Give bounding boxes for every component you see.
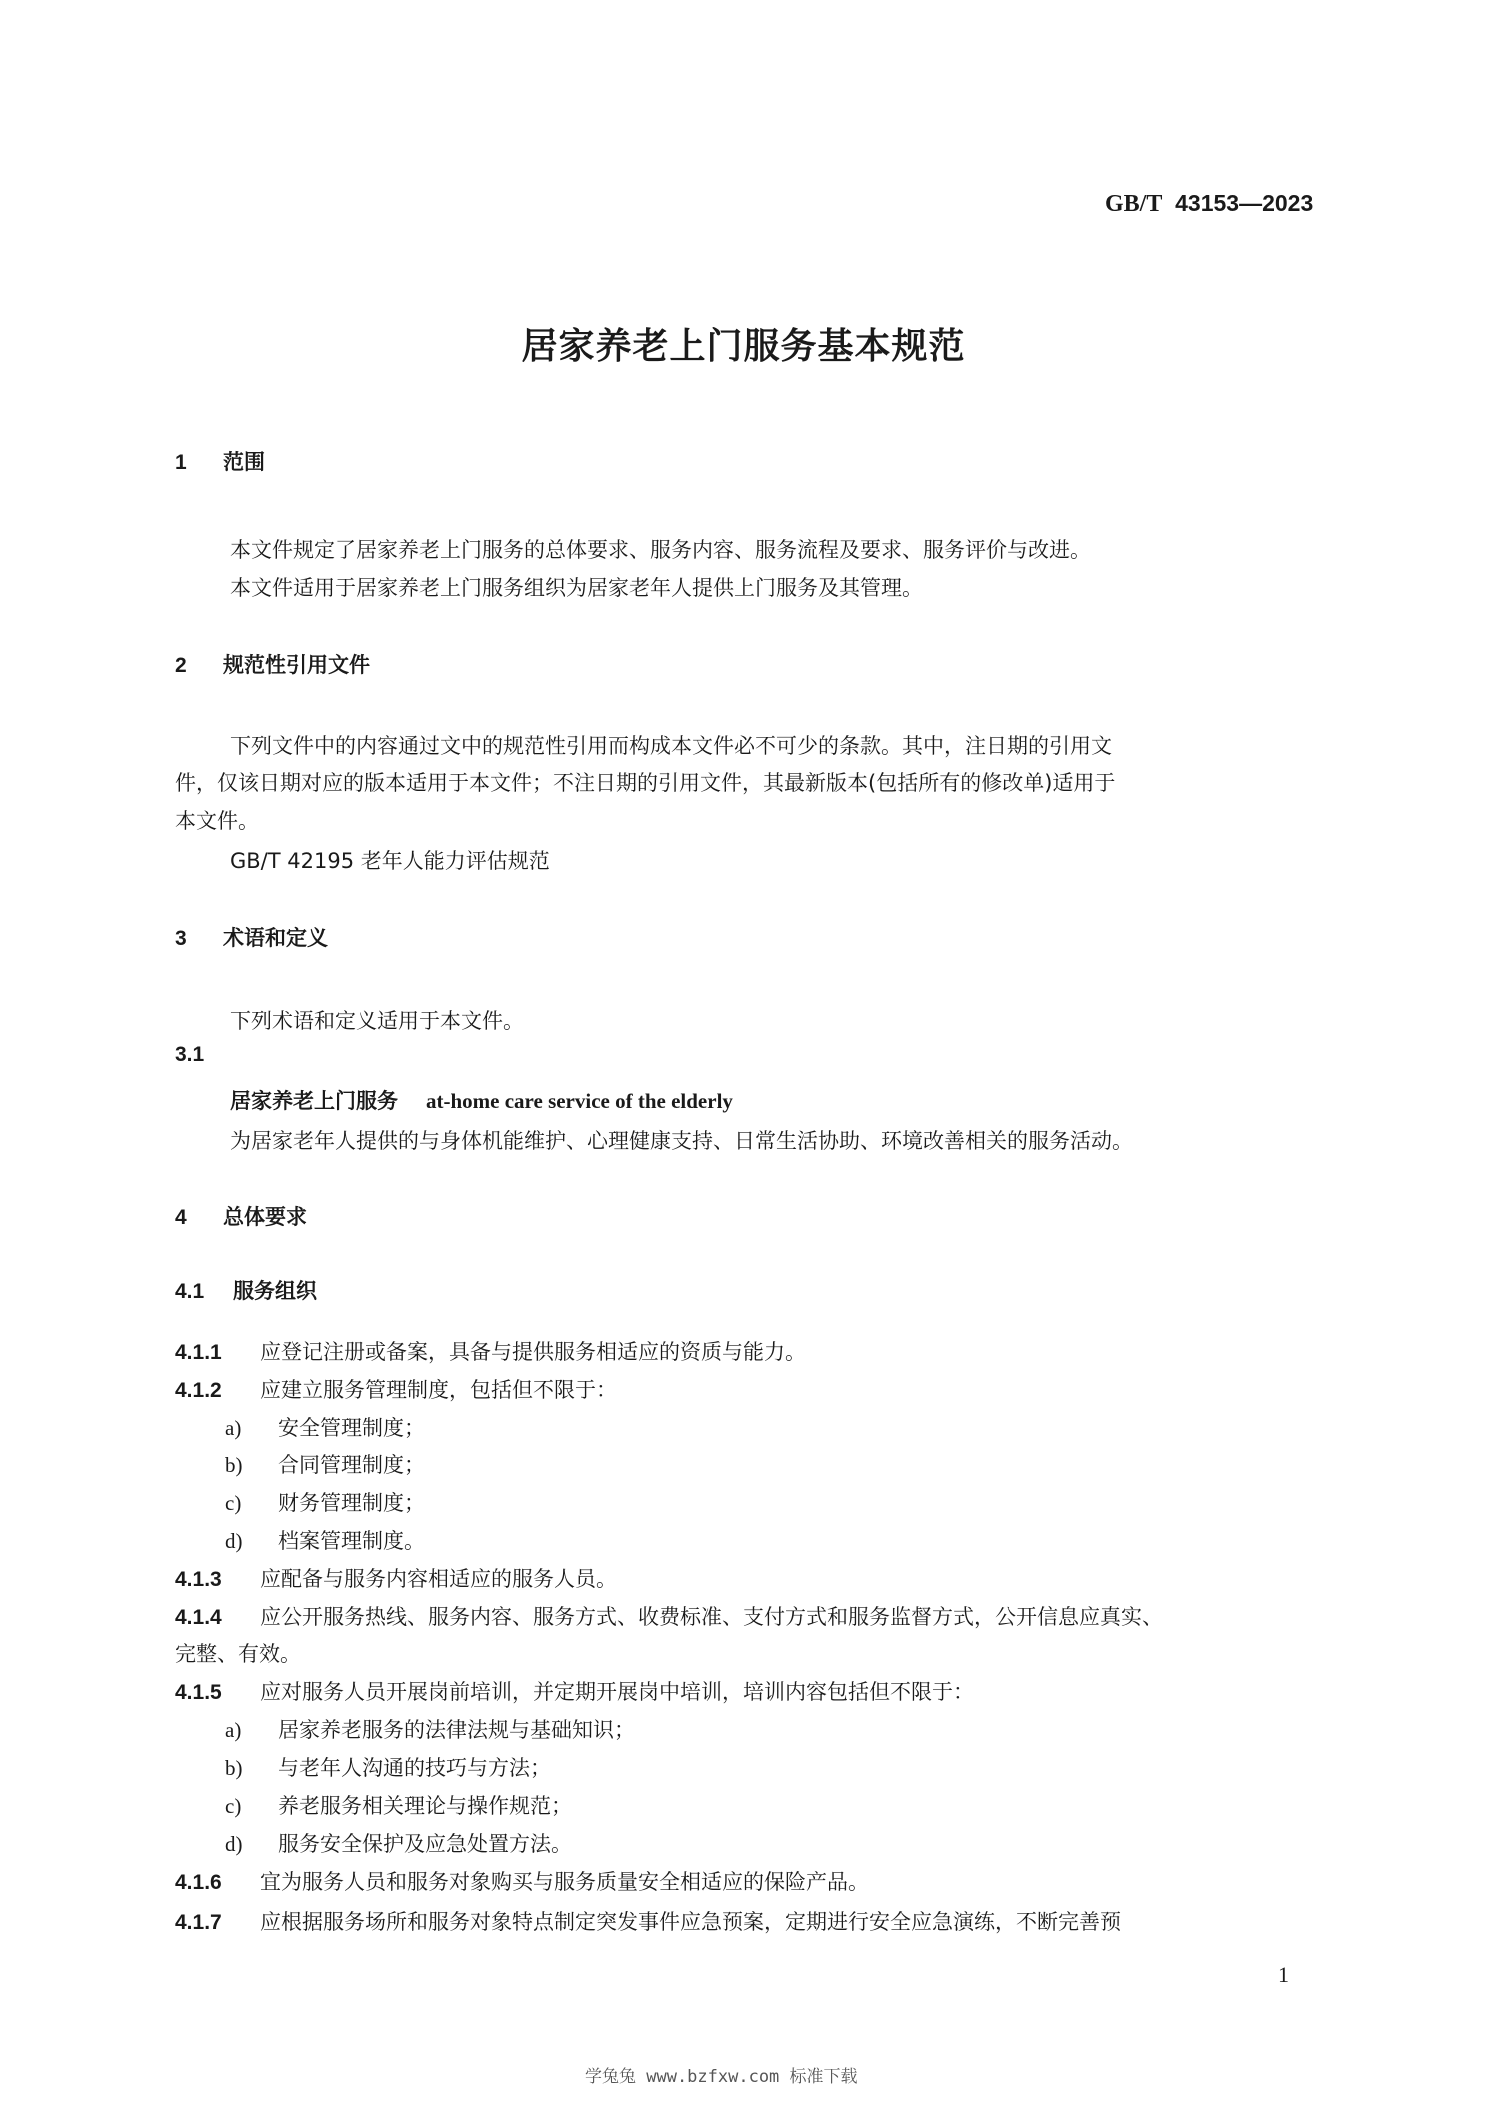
section-title: 术语和定义 bbox=[223, 926, 328, 950]
standard-number: 43153—2023 bbox=[1175, 190, 1313, 216]
term-chinese: 居家养老上门服务 bbox=[230, 1089, 398, 1113]
list-text: 服务安全保护及应急处置方法。 bbox=[278, 1832, 572, 1856]
section-number: 1 bbox=[175, 451, 223, 475]
list-text: 合同管理制度； bbox=[278, 1453, 425, 1477]
clause-4-1-3: 4.1.3应配备与服务内容相适应的服务人员。 bbox=[175, 1563, 617, 1593]
clause-number: 4.1.5 bbox=[175, 1681, 260, 1705]
section-title: 范围 bbox=[223, 450, 265, 474]
clause-text: 应登记注册或备案，具备与提供服务相适应的资质与能力。 bbox=[260, 1340, 806, 1364]
clause-number: 4.1.7 bbox=[175, 1911, 260, 1935]
section-number: 2 bbox=[175, 654, 223, 678]
list-item: d)服务安全保护及应急处置方法。 bbox=[225, 1828, 572, 1858]
list-label: c) bbox=[225, 1491, 278, 1516]
list-text: 养老服务相关理论与操作规范； bbox=[278, 1794, 572, 1818]
list-text: 居家养老服务的法律法规与基础知识； bbox=[278, 1718, 635, 1742]
term-number: 3.1 bbox=[175, 1043, 204, 1067]
standard-prefix: GB/T bbox=[1105, 191, 1162, 217]
clause-4-1-5: 4.1.5应对服务人员开展岗前培训，并定期开展岗中培训，培训内容包括但不限于： bbox=[175, 1676, 974, 1706]
paragraph-line: 本文件。 bbox=[175, 805, 259, 835]
subsection-4-1-heading: 4.1服务组织 bbox=[175, 1275, 317, 1305]
clause-text: 应建立服务管理制度，包括但不限于： bbox=[260, 1378, 617, 1402]
standard-code: GB/T 43153—2023 bbox=[1105, 190, 1313, 218]
paragraph-line: 件，仅该日期对应的版本适用于本文件；不注日期的引用文件，其最新版本(包括所有的修… bbox=[175, 767, 1115, 797]
clause-4-1-1: 4.1.1应登记注册或备案，具备与提供服务相适应的资质与能力。 bbox=[175, 1336, 806, 1366]
watermark-footer: 学兔兔 www.bzfxw.com 标准下载 bbox=[585, 2062, 858, 2087]
list-text: 财务管理制度； bbox=[278, 1491, 425, 1515]
clause-number: 4.1.1 bbox=[175, 1341, 260, 1365]
list-item: a)安全管理制度； bbox=[225, 1412, 425, 1442]
list-text: 与老年人沟通的技巧与方法； bbox=[278, 1756, 551, 1780]
section-number: 4 bbox=[175, 1206, 223, 1230]
clause-number: 4.1.6 bbox=[175, 1871, 260, 1895]
paragraph: 本文件适用于居家养老上门服务组织为居家老年人提供上门服务及其管理。 bbox=[230, 572, 923, 602]
term-definition: 为居家老年人提供的与身体机能维护、心理健康支持、日常生活协助、环境改善相关的服务… bbox=[230, 1125, 1133, 1155]
paragraph: 下列术语和定义适用于本文件。 bbox=[230, 1005, 524, 1035]
clause-continuation: 完整、有效。 bbox=[175, 1638, 301, 1668]
list-label: d) bbox=[225, 1529, 278, 1554]
section-1-heading: 1范围 bbox=[175, 446, 265, 476]
list-item: c)财务管理制度； bbox=[225, 1487, 425, 1517]
list-item: c)养老服务相关理论与操作规范； bbox=[225, 1790, 572, 1820]
clause-number: 4.1.4 bbox=[175, 1606, 260, 1630]
section-number: 3 bbox=[175, 927, 223, 951]
section-2-heading: 2规范性引用文件 bbox=[175, 649, 370, 679]
list-text: 档案管理制度。 bbox=[278, 1529, 425, 1553]
term-english: at-home care service of the elderly bbox=[426, 1089, 733, 1113]
list-label: d) bbox=[225, 1832, 278, 1857]
paragraph-line: 下列文件中的内容通过文中的规范性引用而构成本文件必不可少的条款。其中，注日期的引… bbox=[230, 730, 1112, 760]
list-label: a) bbox=[225, 1718, 278, 1743]
clause-4-1-4: 4.1.4应公开服务热线、服务内容、服务方式、收费标准、支付方式和服务监督方式，… bbox=[175, 1601, 1163, 1631]
list-label: c) bbox=[225, 1794, 278, 1819]
list-label: a) bbox=[225, 1416, 278, 1441]
list-item: a)居家养老服务的法律法规与基础知识； bbox=[225, 1714, 635, 1744]
section-title: 规范性引用文件 bbox=[223, 653, 370, 677]
clause-text: 宜为服务人员和服务对象购买与服务质量安全相适应的保险产品。 bbox=[260, 1870, 869, 1894]
section-title: 总体要求 bbox=[223, 1205, 307, 1229]
list-label: b) bbox=[225, 1756, 278, 1781]
section-3-heading: 3术语和定义 bbox=[175, 922, 328, 952]
clause-text: 应根据服务场所和服务对象特点制定突发事件应急预案，定期进行安全应急演练，不断完善… bbox=[260, 1910, 1121, 1934]
list-item: b)合同管理制度； bbox=[225, 1449, 425, 1479]
section-4-heading: 4总体要求 bbox=[175, 1201, 307, 1231]
clause-number: 4.1.3 bbox=[175, 1568, 260, 1592]
term-entry: 居家养老上门服务at-home care service of the elde… bbox=[230, 1085, 733, 1115]
clause-text: 应配备与服务内容相适应的服务人员。 bbox=[260, 1567, 617, 1591]
paragraph: 本文件规定了居家养老上门服务的总体要求、服务内容、服务流程及要求、服务评价与改进… bbox=[230, 534, 1091, 564]
list-text: 安全管理制度； bbox=[278, 1416, 425, 1440]
clause-4-1-6: 4.1.6宜为服务人员和服务对象购买与服务质量安全相适应的保险产品。 bbox=[175, 1866, 869, 1896]
list-item: b)与老年人沟通的技巧与方法； bbox=[225, 1752, 551, 1782]
list-item: d)档案管理制度。 bbox=[225, 1525, 425, 1555]
clause-text: 应公开服务热线、服务内容、服务方式、收费标准、支付方式和服务监督方式，公开信息应… bbox=[260, 1605, 1163, 1629]
clause-number: 4.1.2 bbox=[175, 1379, 260, 1403]
clause-4-1-7: 4.1.7应根据服务场所和服务对象特点制定突发事件应急预案，定期进行安全应急演练… bbox=[175, 1906, 1121, 1936]
clause-4-1-2: 4.1.2应建立服务管理制度，包括但不限于： bbox=[175, 1374, 617, 1404]
normative-reference: GB/T 42195 老年人能力评估规范 bbox=[230, 845, 550, 875]
subsection-number: 4.1 bbox=[175, 1280, 233, 1304]
document-title: 居家养老上门服务基本规范 bbox=[0, 318, 1487, 369]
clause-text: 应对服务人员开展岗前培训，并定期开展岗中培训，培训内容包括但不限于： bbox=[260, 1680, 974, 1704]
list-label: b) bbox=[225, 1453, 278, 1478]
subsection-title: 服务组织 bbox=[233, 1279, 317, 1303]
page-number: 1 bbox=[1278, 1962, 1289, 1988]
